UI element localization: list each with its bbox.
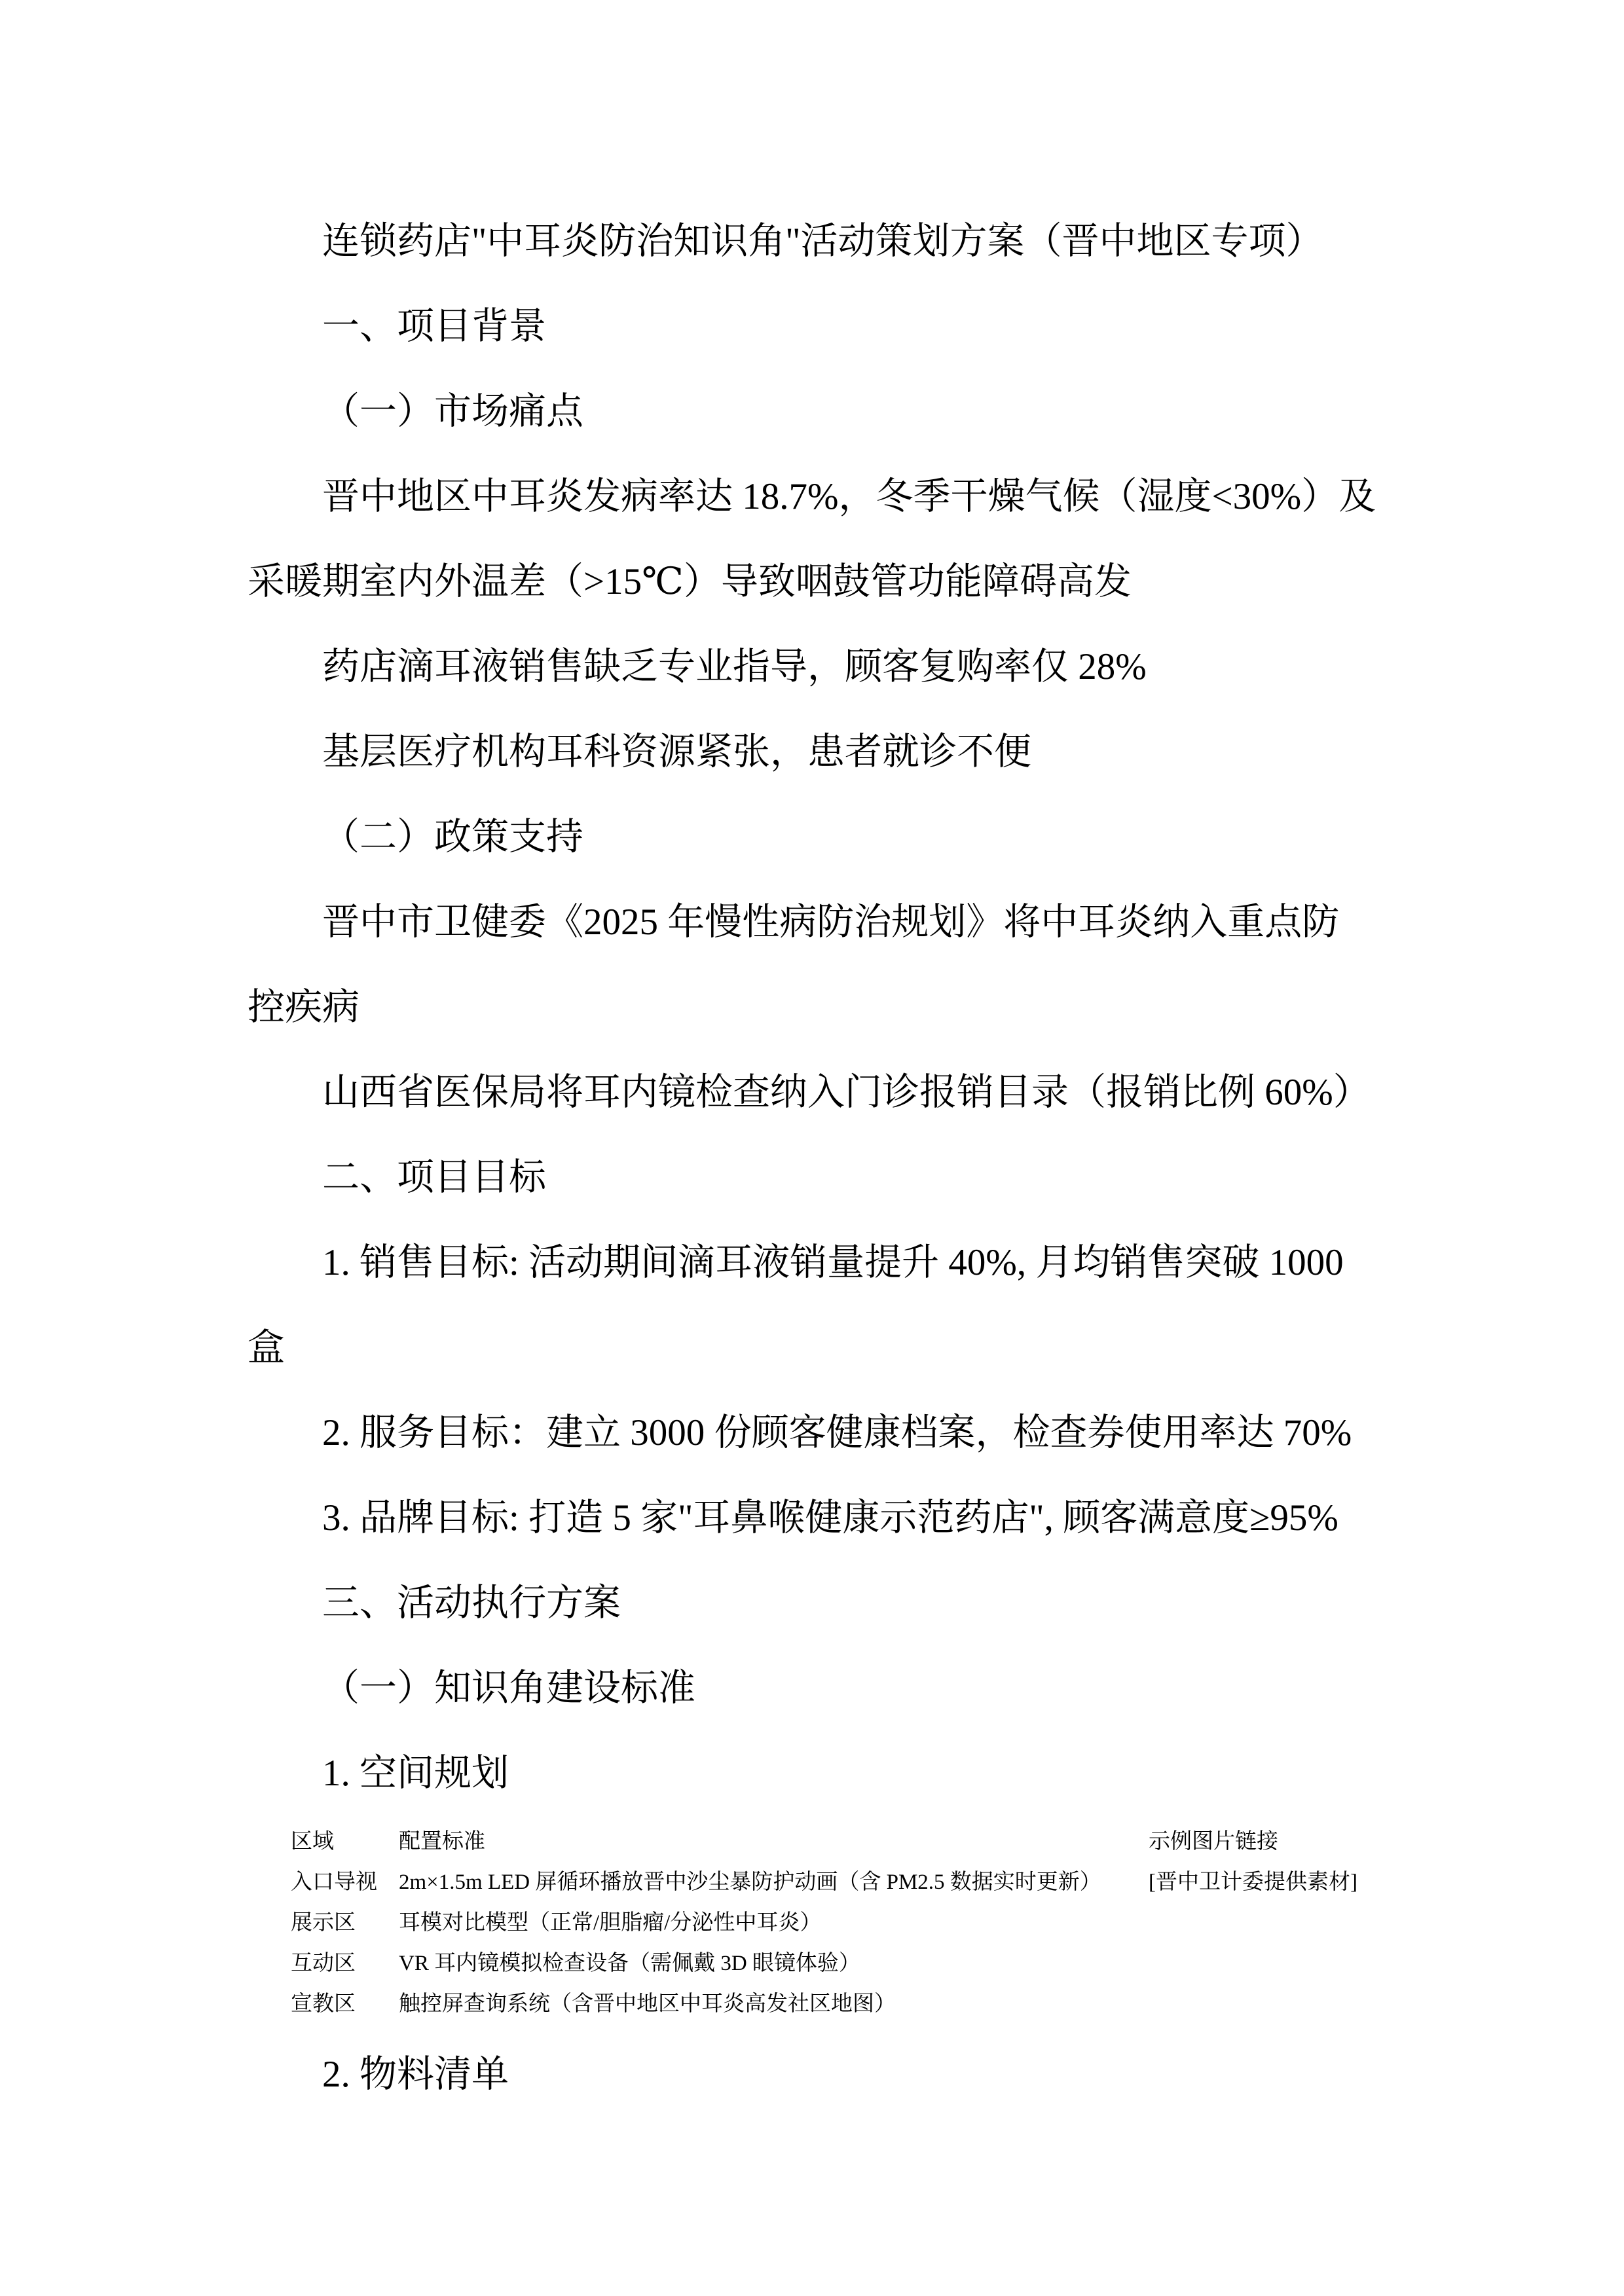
heading-knowledge-corner-standard: （一）知识角建设标准 bbox=[248, 1646, 1479, 1731]
space-planning-table: 区域 配置标准 示例图片链接 入口导视 2m×1.5m LED 屏循环播放晋中沙… bbox=[291, 1821, 1528, 2024]
goal-sales-line2: 盒 bbox=[248, 1305, 1479, 1391]
para-incidence-line1: 晋中地区中耳炎发病率达 18.7%，冬季干燥气候（湿度<30%）及 bbox=[248, 454, 1479, 539]
goal-service: 2. 服务目标：建立 3000 份顾客健康档案，检查券使用率达 70% bbox=[248, 1391, 1479, 1476]
table-cell-standard: VR 耳内镜模拟检查设备（需佩戴 3D 眼镜体验） bbox=[399, 1943, 860, 1984]
table-cell-standard: 触控屏查询系统（含晋中地区中耳炎高发社区地图） bbox=[399, 1984, 896, 2024]
document-body: 连锁药店"中耳炎防治知识角"活动策划方案（晋中地区专项） 一、项目背景 （一）市… bbox=[248, 199, 1479, 1816]
table-cell-area: 宣教区 bbox=[291, 1984, 356, 2024]
para-health-plan-line1: 晋中市卫健委《2025 年慢性病防治规划》将中耳炎纳入重点防 bbox=[248, 880, 1479, 965]
table-cell-area: 展示区 bbox=[291, 1903, 356, 1943]
table-header-sample-link: 示例图片链接 bbox=[1149, 1821, 1278, 1862]
para-incidence-line2: 采暖期室内外温差（>15℃）导致咽鼓管功能障碍高发 bbox=[248, 539, 1479, 625]
para-grassroots-care: 基层医疗机构耳科资源紧张，患者就诊不便 bbox=[248, 710, 1479, 795]
table-header-area: 区域 bbox=[291, 1821, 334, 1862]
heading-space-planning: 1. 空间规划 bbox=[248, 1731, 1479, 1816]
document-page: 连锁药店"中耳炎防治知识角"活动策划方案（晋中地区专项） 一、项目背景 （一）市… bbox=[0, 0, 1624, 2296]
goal-sales-line1: 1. 销售目标: 活动期间滴耳液销量提升 40%, 月均销售突破 1000 bbox=[248, 1220, 1479, 1305]
heading-market-pain: （一）市场痛点 bbox=[248, 369, 1479, 454]
heading-execution-plan: 三、活动执行方案 bbox=[248, 1561, 1479, 1646]
table-header-row: 区域 配置标准 示例图片链接 bbox=[291, 1821, 1528, 1862]
para-eardrop-sales: 药店滴耳液销售缺乏专业指导，顾客复购率仅 28% bbox=[248, 625, 1479, 710]
para-medical-insurance: 山西省医保局将耳内镜检查纳入门诊报销目录（报销比例 60%） bbox=[248, 1050, 1479, 1135]
heading-project-goals: 二、项目目标 bbox=[248, 1135, 1479, 1220]
table-cell-area: 互动区 bbox=[291, 1943, 356, 1984]
table-row-display-zone: 展示区 耳模对比模型（正常/胆脂瘤/分泌性中耳炎） bbox=[291, 1903, 1528, 1943]
table-row-interactive-zone: 互动区 VR 耳内镜模拟检查设备（需佩戴 3D 眼镜体验） bbox=[291, 1943, 1528, 1984]
heading-policy-support: （二）政策支持 bbox=[248, 795, 1479, 880]
table-row-entrance: 入口导视 2m×1.5m LED 屏循环播放晋中沙尘暴防护动画（含 PM2.5 … bbox=[291, 1862, 1528, 1903]
table-header-standard: 配置标准 bbox=[399, 1821, 485, 1862]
heading-project-background: 一、项目背景 bbox=[248, 284, 1479, 369]
table-cell-standard: 2m×1.5m LED 屏循环播放晋中沙尘暴防护动画（含 PM2.5 数据实时更… bbox=[399, 1862, 1101, 1903]
table-cell-area: 入口导视 bbox=[291, 1862, 377, 1903]
table-row-education-zone: 宣教区 触控屏查询系统（含晋中地区中耳炎高发社区地图） bbox=[291, 1984, 1528, 2024]
table-cell-standard: 耳模对比模型（正常/胆脂瘤/分泌性中耳炎） bbox=[399, 1903, 821, 1943]
goal-brand: 3. 品牌目标: 打造 5 家"耳鼻喉健康示范药店", 顾客满意度≥95% bbox=[248, 1476, 1479, 1561]
doc-title: 连锁药店"中耳炎防治知识角"活动策划方案（晋中地区专项） bbox=[248, 199, 1479, 284]
heading-materials-list: 2. 物料清单 bbox=[248, 2032, 509, 2117]
table-cell-sample: [晋中卫计委提供素材] bbox=[1149, 1862, 1357, 1903]
para-health-plan-line2: 控疾病 bbox=[248, 965, 1479, 1050]
